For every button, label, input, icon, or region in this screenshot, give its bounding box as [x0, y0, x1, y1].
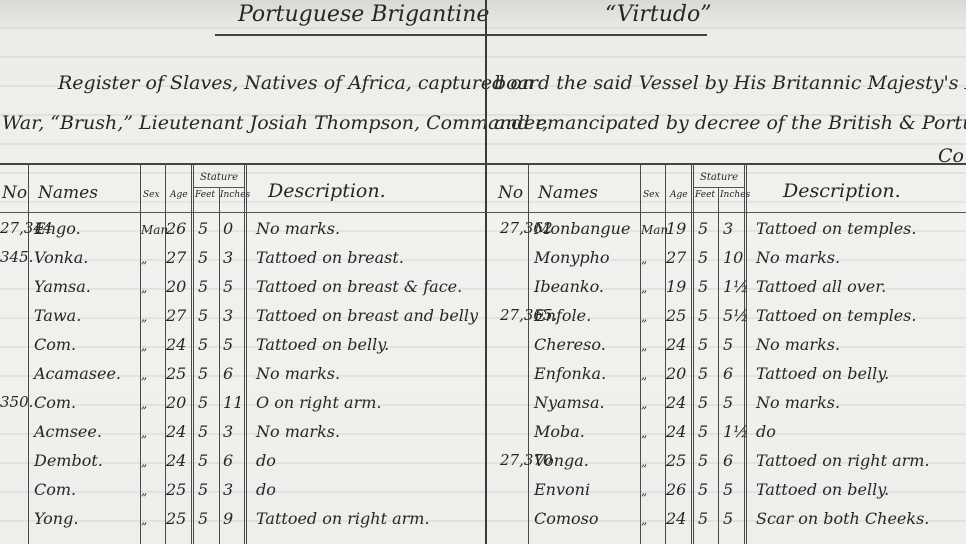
inches-value: 10	[723, 248, 743, 267]
intro-left-line2: War, “Brush,” Lieutenant Josiah Thompson…	[2, 112, 548, 134]
header-sex: Sex	[643, 190, 660, 200]
table-row: 27,370 Vonga. „ 25 5 6 Tattoed on right …	[0, 451, 966, 480]
inches-value: 6	[723, 451, 733, 470]
title-underline-left	[215, 34, 485, 36]
feet-value: 5	[698, 248, 708, 267]
description-value: Tattoed on right arm.	[756, 451, 930, 470]
age-value: 24	[666, 422, 686, 441]
feet-value: 5	[698, 306, 708, 325]
age-value: 19	[666, 219, 686, 238]
sex-value: „	[641, 513, 647, 527]
slave-name: Monypho	[534, 248, 610, 267]
header-stature: Stature	[700, 172, 738, 183]
age-value: 27	[666, 248, 686, 267]
feet-value: 5	[698, 451, 708, 470]
header-bottom-border	[0, 212, 966, 213]
table-row: Nyamsa. „ 24 5 5 No marks.	[0, 393, 966, 422]
table-row: Monypho „ 27 5 10 No marks.	[0, 248, 966, 277]
table-row: Ibeanko. „ 19 5 1½ Tattoed all over.	[0, 277, 966, 306]
slave-name: Ibeanko.	[534, 277, 604, 296]
feet-value: 5	[698, 335, 708, 354]
slave-name: Moba.	[534, 422, 585, 441]
inches-value: 5	[723, 509, 733, 528]
sex-value: „	[641, 455, 647, 469]
age-value: 24	[666, 335, 686, 354]
header-description: Description.	[268, 180, 386, 202]
title-left: Portuguese Brigantine	[238, 2, 489, 27]
slave-name: Enfole.	[534, 306, 591, 325]
description-value: Scar on both Cheeks.	[756, 509, 929, 528]
header-age: Age	[170, 190, 188, 200]
slave-name: Vonga.	[534, 451, 589, 470]
sex-value: „	[641, 368, 647, 382]
table-row: Moba. „ 24 5 1½ do	[0, 422, 966, 451]
age-value: 24	[666, 393, 686, 412]
slave-name: Envoni	[534, 480, 590, 499]
header-feet: Feet	[695, 190, 715, 200]
sex-value: „	[641, 484, 647, 498]
intro-right-line2: and emancipated by decree of the British…	[494, 112, 966, 134]
intro-left-line1: Register of Slaves, Natives of Africa, c…	[58, 72, 534, 94]
inches-value: 5	[723, 480, 733, 499]
header-feet: Feet	[195, 190, 215, 200]
sex-value: „	[641, 281, 647, 295]
header-inches: Inches	[720, 190, 750, 200]
stature-divider	[193, 187, 245, 188]
table-row: 27,365. Enfole. „ 25 5 5½ Tattoed on tem…	[0, 306, 966, 335]
table-top-border	[0, 163, 966, 165]
feet-value: 5	[698, 219, 708, 238]
feet-value: 5	[698, 422, 708, 441]
table-row: Enfonka. „ 20 5 6 Tattoed on belly.	[0, 364, 966, 393]
header-no: No	[498, 183, 523, 203]
header-description: Description.	[783, 180, 901, 202]
description-value: No marks.	[756, 335, 840, 354]
description-value: Tattoed on temples.	[756, 219, 916, 238]
description-value: Tattoed on temples.	[756, 306, 916, 325]
feet-value: 5	[698, 393, 708, 412]
stature-divider	[693, 187, 745, 188]
inches-value: 1½	[723, 277, 749, 296]
inches-value: 5	[723, 393, 733, 412]
age-value: 25	[666, 451, 686, 470]
table-row: Comoso „ 24 5 5 Scar on both Cheeks.	[0, 509, 966, 538]
sex-value: „	[641, 310, 647, 324]
sex-value: „	[641, 397, 647, 411]
header-stature: Stature	[200, 172, 238, 183]
description-value: No marks.	[756, 393, 840, 412]
sex-value: Man	[641, 223, 668, 237]
inches-value: 6	[723, 364, 733, 383]
header-no: No	[2, 183, 27, 203]
inches-value: 1½	[723, 422, 749, 441]
description-value: do	[756, 422, 776, 441]
table-row: 27,362 Monbangue Man 19 5 3 Tattoed on t…	[0, 219, 966, 248]
header-inches: Inches	[220, 190, 250, 200]
slave-name: Comoso	[534, 509, 599, 528]
feet-value: 5	[698, 364, 708, 383]
description-value: Tattoed all over.	[756, 277, 886, 296]
slave-name: Enfonka.	[534, 364, 606, 383]
age-value: 25	[666, 306, 686, 325]
slave-name: Chereso.	[534, 335, 606, 354]
header-names: Names	[38, 183, 98, 203]
sex-value: „	[641, 252, 647, 266]
age-value: 26	[666, 480, 686, 499]
sex-value: „	[641, 339, 647, 353]
description-value: Tattoed on belly.	[756, 480, 889, 499]
header-age: Age	[670, 190, 688, 200]
description-value: No marks.	[756, 248, 840, 267]
slave-name: Nyamsa.	[534, 393, 605, 412]
description-value: Tattoed on belly.	[756, 364, 889, 383]
slave-name: Monbangue	[534, 219, 630, 238]
table-row: Chereso. „ 24 5 5 No marks.	[0, 335, 966, 364]
intro-right-line1: board the said Vessel by His Britannic M…	[494, 72, 966, 94]
sex-value: „	[641, 426, 647, 440]
feet-value: 5	[698, 480, 708, 499]
table-row: Envoni „ 26 5 5 Tattoed on belly.	[0, 480, 966, 509]
age-value: 20	[666, 364, 686, 383]
feet-value: 5	[698, 277, 708, 296]
age-value: 24	[666, 509, 686, 528]
age-value: 19	[666, 277, 686, 296]
inches-value: 5½	[723, 306, 749, 325]
inches-value: 5	[723, 335, 733, 354]
header-names: Names	[538, 183, 598, 203]
header-sex: Sex	[143, 190, 160, 200]
inches-value: 3	[723, 219, 733, 238]
title-right: “Virtudo”	[605, 2, 712, 27]
title-underline-right	[487, 34, 707, 36]
feet-value: 5	[698, 509, 708, 528]
